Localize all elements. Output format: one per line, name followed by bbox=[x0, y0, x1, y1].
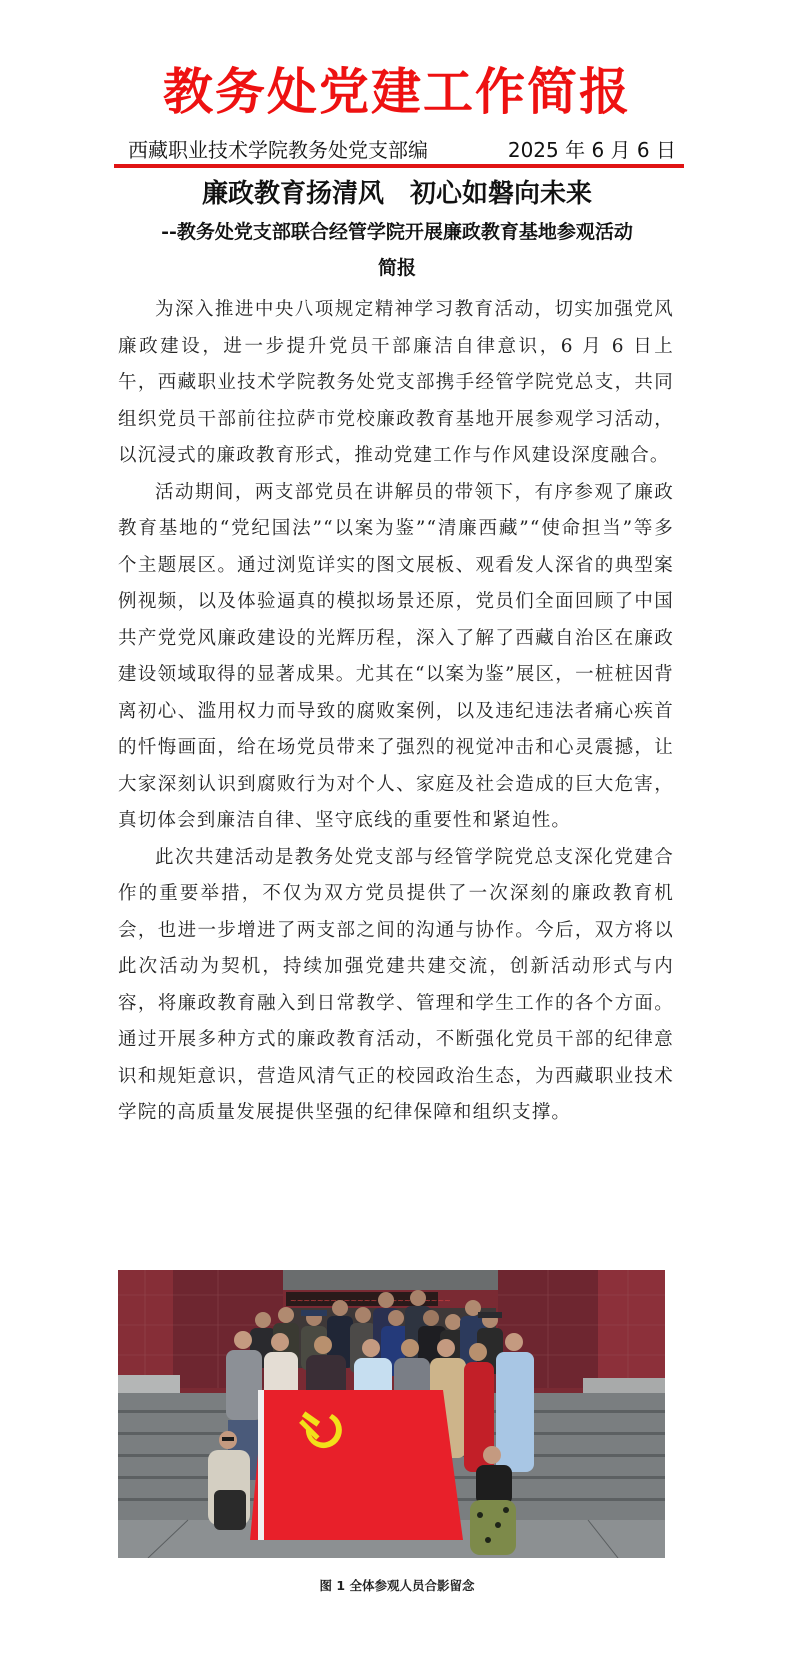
paragraph: 为深入推进中央八项规定精神学习教育活动，切实加强党风廉政建设，进一步提升党员干部… bbox=[118, 292, 674, 475]
paragraph: 此次共建活动是教务处党支部与经管学院党总支深化党建合作的重要举措，不仅为双方党员… bbox=[118, 840, 674, 1132]
masthead-divider bbox=[114, 164, 684, 168]
masthead-subline: 西藏职业技术学院教务处党支部编 2025 年 6 月 6 日 bbox=[128, 137, 676, 163]
newsletter-title: 教务处党建工作简报 bbox=[0, 62, 794, 122]
publisher-organization: 西藏职业技术学院教务处党支部编 bbox=[128, 137, 428, 163]
group-photo: ~~~~~~~~~~~~~~~~~~~~~~~~ bbox=[118, 1270, 665, 1558]
publication-date: 2025 年 6 月 6 日 bbox=[508, 137, 676, 163]
article-body: 为深入推进中央八项规定精神学习教育活动，切实加强党风廉政建设，进一步提升党员干部… bbox=[118, 292, 674, 1132]
figure-caption: 图 1 全体参观人员合影留念 bbox=[0, 1576, 794, 1596]
article-headline: 廉政教育扬清风 初心如磐向未来 bbox=[0, 176, 794, 212]
article-subheadline: --教务处党支部联合经管学院开展廉政教育基地参观活动 bbox=[0, 218, 794, 246]
article-subheadline-tail: 简报 bbox=[0, 254, 794, 282]
paragraph: 活动期间，两支部党员在讲解员的带领下，有序参观了廉政教育基地的“党纪国法”“以案… bbox=[118, 475, 674, 840]
svg-text:~~~~~~~~~~~~~~~~~~~~~~~~: ~~~~~~~~~~~~~~~~~~~~~~~~ bbox=[290, 1296, 451, 1305]
group-photo-image: ~~~~~~~~~~~~~~~~~~~~~~~~ bbox=[118, 1270, 665, 1558]
